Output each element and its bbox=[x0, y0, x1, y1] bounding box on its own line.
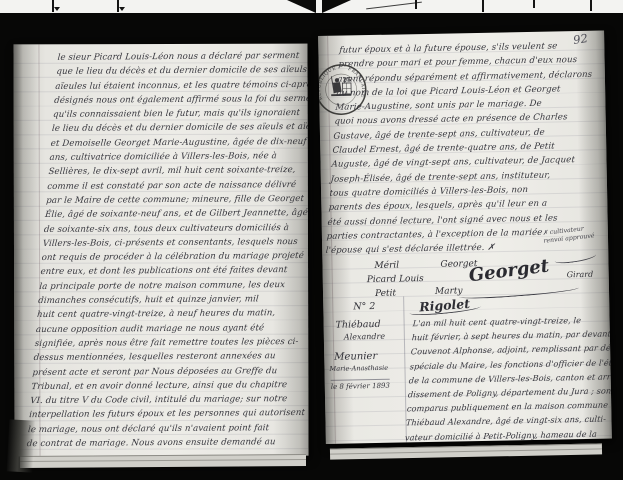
film-registration-triangle-right bbox=[322, 0, 351, 13]
signature: Picard Louis bbox=[367, 274, 424, 285]
bottom-left-corner-crease bbox=[7, 419, 36, 472]
film-registration-triangle-left bbox=[287, 0, 316, 13]
signature: Méril bbox=[374, 261, 399, 271]
film-caret-mark bbox=[54, 7, 60, 11]
signature: Georget bbox=[468, 256, 551, 287]
film-frame-tick bbox=[482, 0, 484, 12]
left-page-text: le sieur Picard Louis-Léon nous a déclar… bbox=[26, 51, 308, 454]
register-right-page: 92 RÉPUBLIQUE FRANÇAISE 25 bbox=[318, 31, 612, 444]
film-frame-tick bbox=[415, 0, 417, 9]
film-caret-mark bbox=[119, 7, 125, 11]
handwritten-line: de contrat de mariage. Nous avons ensuit… bbox=[26, 437, 287, 453]
groom-surname: Thiébaud bbox=[336, 319, 381, 331]
act2-text: L'an mil huit cent quatre-vingt-treize, … bbox=[404, 314, 611, 443]
left-page-stack-edge bbox=[20, 454, 306, 468]
right-page-stack-edge bbox=[330, 443, 602, 459]
act2-margin-note: N° 2 Thiébaud Alexandre Meunier Marie-An… bbox=[327, 300, 406, 444]
stack-edge-line bbox=[20, 459, 306, 462]
act-number: N° 2 bbox=[353, 301, 375, 312]
film-frame-tick bbox=[590, 0, 592, 11]
bride-surname: Meunier bbox=[334, 351, 377, 363]
microfilm-scan-view: le sieur Picard Louis-Léon nous a déclar… bbox=[0, 0, 623, 480]
register-left-page: le sieur Picard Louis-Léon nous a déclar… bbox=[13, 44, 308, 457]
film-header-strip bbox=[0, 0, 623, 13]
film-scratch-mark bbox=[366, 2, 422, 10]
handwritten-line: vateur domicilié à Petit-Poligny, hameau… bbox=[404, 428, 603, 444]
stack-edge-line bbox=[330, 448, 602, 454]
film-frame-tick bbox=[533, 0, 535, 8]
signature: Petit bbox=[375, 289, 396, 299]
signature-flourish bbox=[459, 284, 579, 301]
act-date: le 8 février 1893 bbox=[331, 379, 390, 391]
groom-firstname: Alexandre bbox=[344, 332, 385, 342]
bride-firstname: Marie-Anasthasie bbox=[329, 364, 388, 373]
signature: Girard bbox=[567, 270, 594, 280]
